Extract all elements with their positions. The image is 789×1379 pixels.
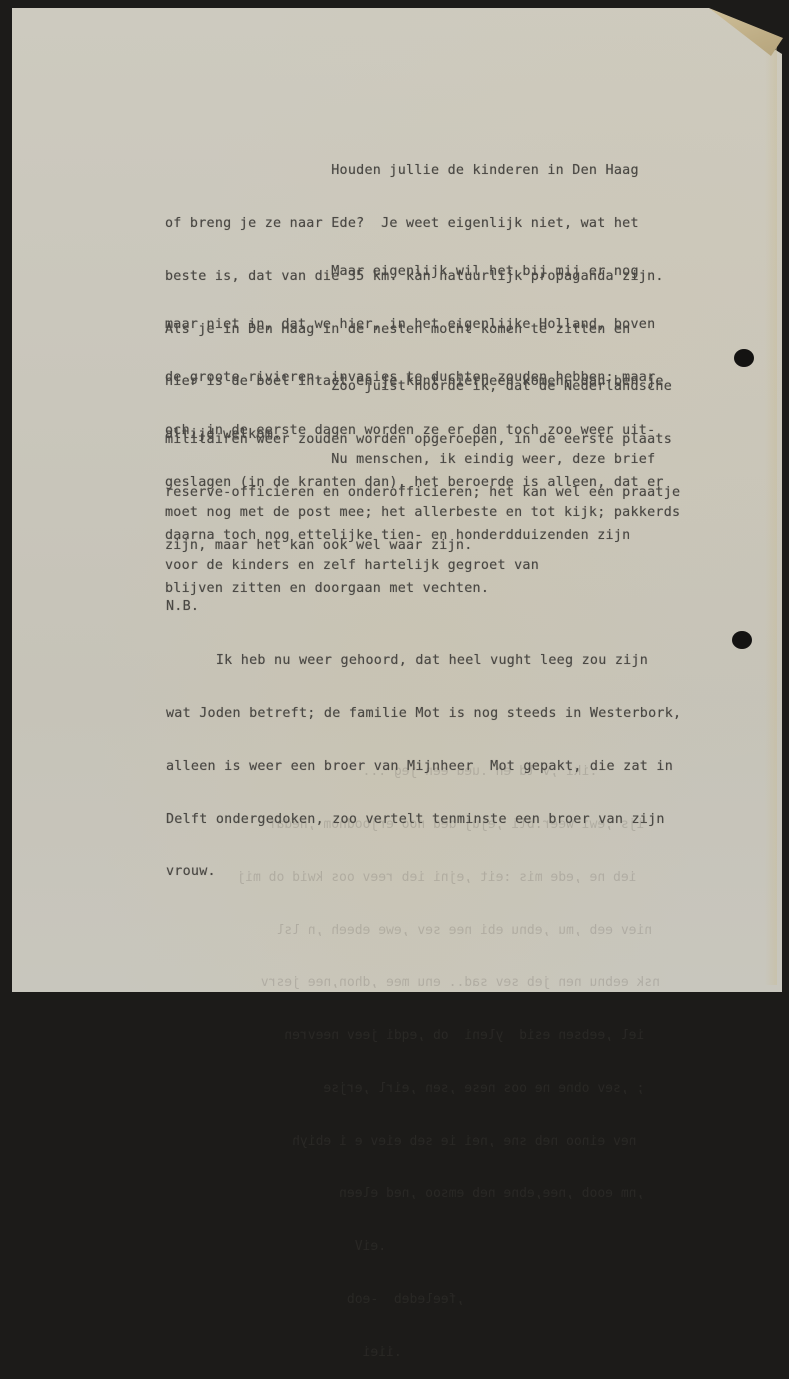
punch-hole-upper [734,349,754,367]
postscript-label: N.B. [166,598,199,616]
page-right-edge-discoloration [765,40,777,985]
postscript-body: Ik heb nu weer gehoord, dat heel vught l… [166,617,681,899]
paragraph-closing: Nu menschen, ik eindig weer, deze brief … [165,416,680,592]
punch-hole-lower [732,631,752,649]
